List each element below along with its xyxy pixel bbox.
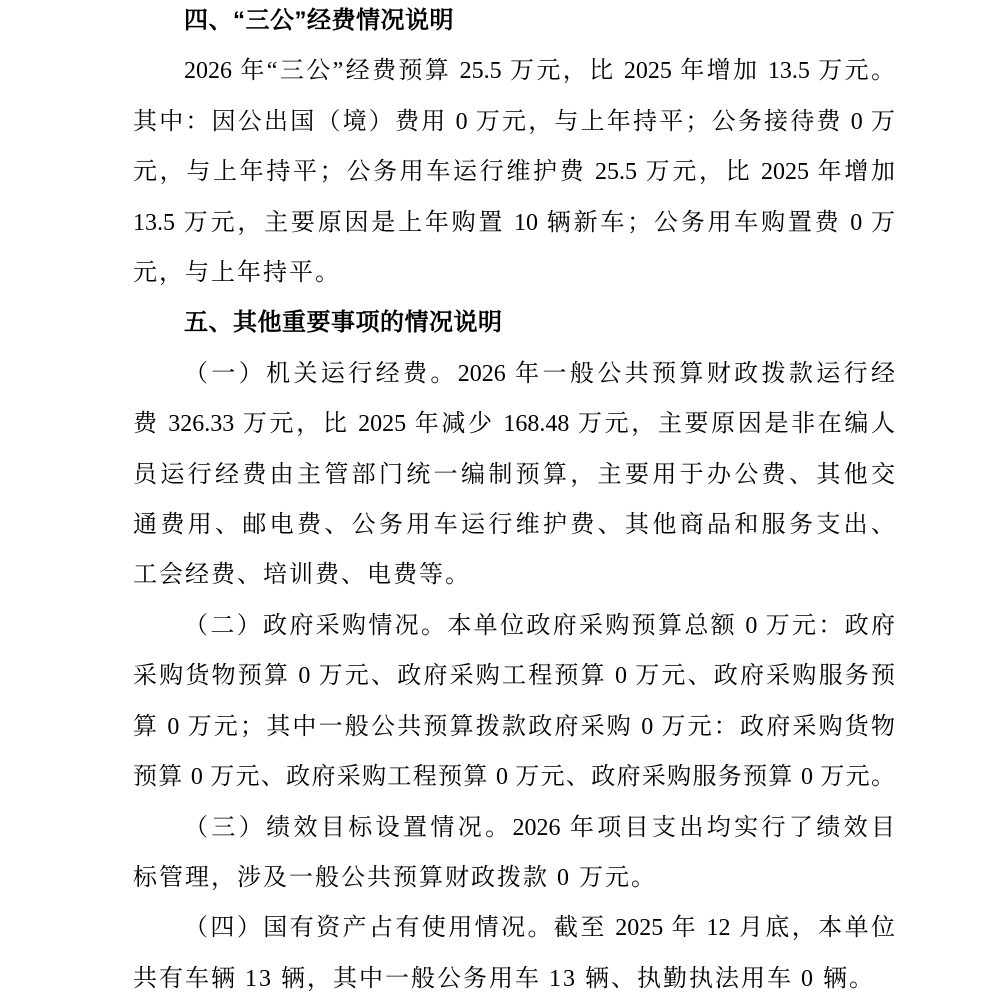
text-line: （一）机关运行经费。2026 年一般公共预算财政拨款运行经	[133, 349, 895, 399]
paragraph-state-owned-assets: （四）国有资产占有使用情况。截至 2025 年 12 月底，本单位 共有车辆 1…	[133, 903, 895, 1002]
section-heading: 五、其他重要事项的情况说明	[133, 298, 895, 348]
paragraph-sangong-summary: 2026 年“三公”经费预算 25.5 万元，比 2025 年增加 13.5 万…	[133, 46, 895, 298]
text-line: 标管理，涉及一般公共预算财政拨款 0 万元。	[133, 853, 895, 903]
text-line: 通费用、邮电费、公务用车运行维护费、其他商品和服务支出、	[133, 500, 895, 550]
text-line: （三）绩效目标设置情况。2026 年项目支出均实行了绩效目	[133, 803, 895, 853]
text-line: 13.5 万元，主要原因是上年购置 10 辆新车；公务用车购置费 0 万	[133, 198, 895, 248]
section-sangong-expenses: 四、“三公”经费情况说明 2026 年“三公”经费预算 25.5 万元，比 20…	[133, 0, 895, 298]
budget-document-page: 四、“三公”经费情况说明 2026 年“三公”经费预算 25.5 万元，比 20…	[133, 0, 895, 1002]
text-line: （四）国有资产占有使用情况。截至 2025 年 12 月底，本单位	[133, 903, 895, 953]
text-line: 其中：因公出国（境）费用 0 万元，与上年持平；公务接待费 0 万	[133, 97, 895, 147]
paragraph-performance-targets: （三）绩效目标设置情况。2026 年项目支出均实行了绩效目 标管理，涉及一般公共…	[133, 803, 895, 904]
text-line: 元，与上年持平；公务用车运行维护费 25.5 万元，比 2025 年增加	[133, 147, 895, 197]
text-line: 算 0 万元；其中一般公共预算拨款政府采购 0 万元：政府采购货物	[133, 702, 895, 752]
text-line: 元，与上年持平。	[133, 248, 895, 298]
text-line: 预算 0 万元、政府采购工程预算 0 万元、政府采购服务预算 0 万元。	[133, 752, 895, 802]
text-line: （二）政府采购情况。本单位政府采购预算总额 0 万元：政府	[133, 601, 895, 651]
text-line: 共有车辆 13 辆，其中一般公务用车 13 辆、执勤执法用车 0 辆。	[133, 954, 895, 1002]
text-line: 采购货物预算 0 万元、政府采购工程预算 0 万元、政府采购服务预	[133, 651, 895, 701]
section-heading: 四、“三公”经费情况说明	[133, 0, 895, 46]
text-line: 员运行经费由主管部门统一编制预算，主要用于办公费、其他交	[133, 450, 895, 500]
text-line: 工会经费、培训费、电费等。	[133, 550, 895, 600]
text-line: 2026 年“三公”经费预算 25.5 万元，比 2025 年增加 13.5 万…	[133, 46, 895, 96]
section-other-important-matters: 五、其他重要事项的情况说明 （一）机关运行经费。2026 年一般公共预算财政拨款…	[133, 298, 895, 1002]
paragraph-government-procurement: （二）政府采购情况。本单位政府采购预算总额 0 万元：政府 采购货物预算 0 万…	[133, 601, 895, 803]
text-line: 费 326.33 万元，比 2025 年减少 168.48 万元，主要原因是非在…	[133, 399, 895, 449]
paragraph-agency-operating-costs: （一）机关运行经费。2026 年一般公共预算财政拨款运行经 费 326.33 万…	[133, 349, 895, 601]
